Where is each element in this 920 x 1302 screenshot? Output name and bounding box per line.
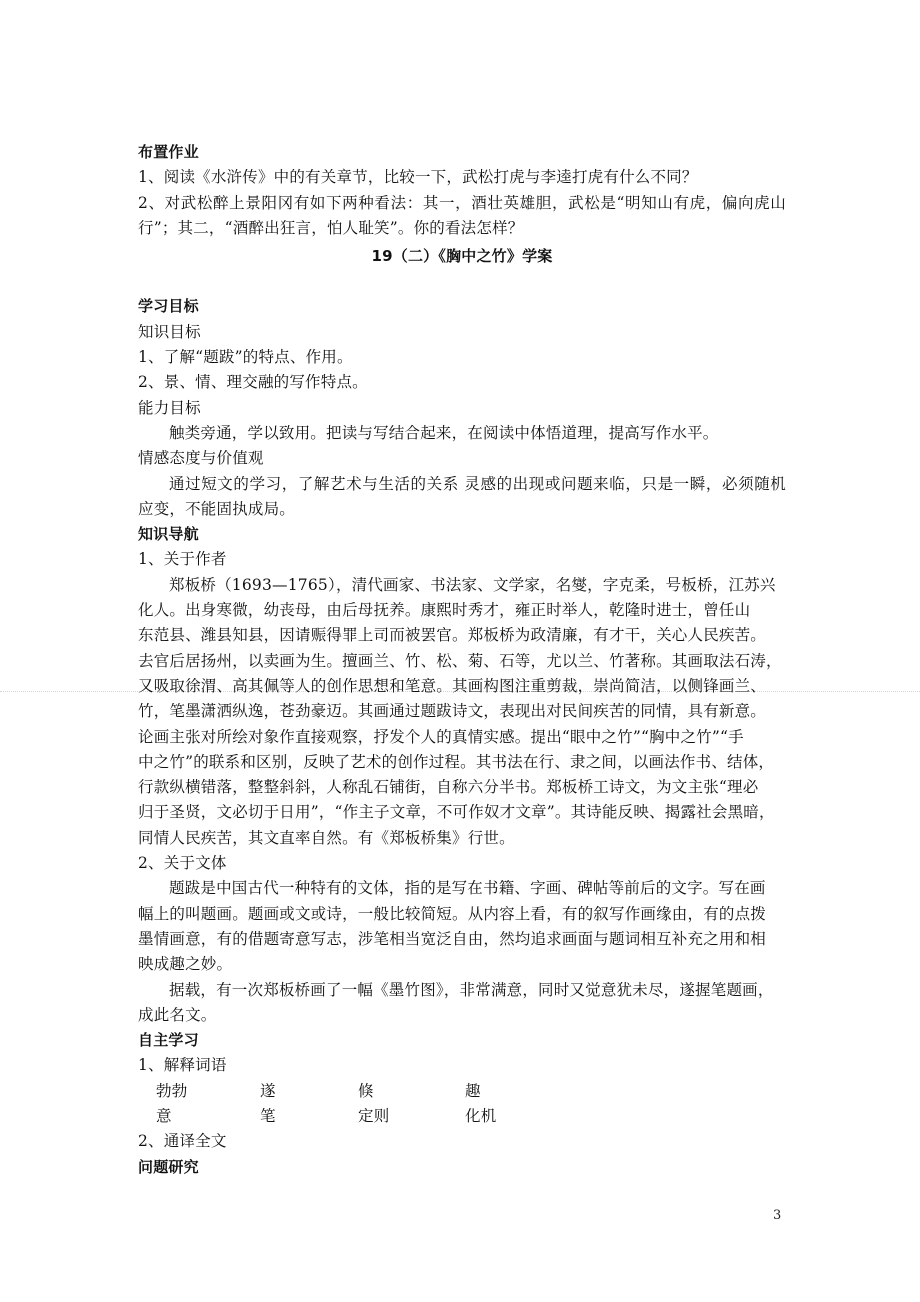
author-line: 东范县、潍县知县，因请赈得罪上司而被罢官。郑板桥为政清廉，有才干，关心人民疾苦。 — [138, 623, 786, 648]
story-line: 据载，有一次郑板桥画了一幅《墨竹图》，非常满意，同时又觉意犹未尽，遂握笔题画， — [138, 978, 786, 1003]
document-title: 19（二）《胸中之竹》学案 — [138, 244, 786, 269]
author-line: 行款纵横错落，整整斜斜，人称乱石铺街，自称六分半书。郑板桥工诗文，为文主张“理必 — [138, 775, 786, 800]
author-line: 归于圣贤，文必切于日用”，“作主子文章，不可作奴才文章”。其诗能反映、揭露社会黑… — [138, 800, 786, 825]
author-section-label: 1、关于作者 — [138, 547, 786, 572]
ability-goals-text: 触类旁通，学以致用。把读与写结合起来，在阅读中体悟道理，提高写作水平。 — [138, 421, 786, 446]
document-page: 布置作业 1、阅读《水浒传》中的有关章节，比较一下，武松打虎与李逵打虎有什么不同… — [138, 140, 786, 1180]
author-line: 论画主张对所绘对象作直接观察，抒发个人的真情实感。提出“眼中之竹”“胸中之竹”“… — [138, 725, 786, 750]
attitude-goals-label: 情感态度与价值观 — [138, 446, 786, 471]
vocab-word: 勃勃 — [156, 1079, 187, 1104]
genre-paragraph: 题跋是中国古代一种特有的文体，指的是写在书籍、字画、碑帖等前后的文字。写在画 幅… — [138, 876, 786, 977]
story-line: 成此名文。 — [138, 1003, 786, 1028]
vocab-word: 倏 — [358, 1079, 374, 1104]
navigation-heading: 知识导航 — [138, 522, 786, 547]
author-paragraph: 郑板桥（1693—1765），清代画家、书法家、文学家，名燮，字克柔，号板桥，江… — [138, 573, 786, 851]
author-line: 同情人民疾苦，其文直率自然。有《郑板桥集》行世。 — [138, 826, 786, 851]
author-line: 郑板桥（1693—1765），清代画家、书法家、文学家，名燮，字克柔，号板桥，江… — [138, 573, 786, 598]
vocab-row: 意 笔 定则 化机 — [138, 1104, 786, 1129]
vocab-word: 化机 — [465, 1104, 496, 1129]
genre-line: 墨情画意，有的借题寄意写志，涉笔相当宽泛自由，然均追求画面与题词相互补充之用和相 — [138, 927, 786, 952]
knowledge-goals-label: 知识目标 — [138, 320, 786, 345]
attitude-goals-text: 通过短文的学习，了解艺术与生活的关系 灵感的出现或问题来临，只是一瞬，必须随机应… — [138, 472, 786, 523]
research-heading: 问题研究 — [138, 1155, 786, 1180]
knowledge-goal-1: 1、了解“题跋”的特点、作用。 — [138, 345, 786, 370]
vocab-word: 趣 — [465, 1079, 481, 1104]
homework-item-1: 1、阅读《水浒传》中的有关章节，比较一下，武松打虎与李逵打虎有什么不同？ — [138, 165, 786, 190]
genre-line: 题跋是中国古代一种特有的文体，指的是写在书籍、字画、碑帖等前后的文字。写在画 — [138, 876, 786, 901]
page-number: 3 — [773, 1208, 781, 1223]
vocab-word: 定则 — [358, 1104, 389, 1129]
author-line: 中之竹”的联系和区别，反映了艺术的创作过程。其书法在行、隶之间，以画法作书、结体… — [138, 750, 786, 775]
vocab-word: 意 — [156, 1104, 172, 1129]
author-line: 竹，笔墨潇洒纵逸，苍劲豪迈。其画通过题跋诗文，表现出对民间疾苦的同情，具有新意。 — [138, 699, 786, 724]
author-line: 化人。出身寒微，幼丧母，由后母抚养。康熙时秀才，雍正时举人，乾隆时进士，曾任山 — [138, 598, 786, 623]
genre-line: 幅上的叫题画。题画或文或诗，一般比较简短。从内容上看，有的叙写作画缘由，有的点拨 — [138, 902, 786, 927]
goals-heading: 学习目标 — [138, 294, 786, 319]
vocab-word: 笔 — [260, 1104, 276, 1129]
vocab-row: 勃勃 遂 倏 趣 — [138, 1079, 786, 1104]
vocab-word: 遂 — [260, 1079, 276, 1104]
genre-section-label: 2、关于文体 — [138, 851, 786, 876]
homework-item-2: 2、对武松醉上景阳冈有如下两种看法：其一，酒壮英雄胆，武松是“明知山有虎，偏向虎… — [138, 191, 786, 242]
self-study-heading: 自主学习 — [138, 1028, 786, 1053]
vocab-label: 1、解释词语 — [138, 1053, 786, 1078]
ability-goals-label: 能力目标 — [138, 396, 786, 421]
genre-line: 映成趣之妙。 — [138, 952, 786, 977]
homework-heading: 布置作业 — [138, 140, 786, 165]
knowledge-goal-2: 2、景、情、理交融的写作特点。 — [138, 370, 786, 395]
translate-label: 2、通译全文 — [138, 1129, 786, 1154]
author-line: 去官后居扬州，以卖画为生。擅画兰、竹、松、菊、石等，尤以兰、竹著称。其画取法石涛… — [138, 649, 786, 674]
story-paragraph: 据载，有一次郑板桥画了一幅《墨竹图》，非常满意，同时又觉意犹未尽，遂握笔题画， … — [138, 978, 786, 1029]
author-line: 又吸取徐渭、高其佩等人的创作思想和笔意。其画构图注重剪裁，崇尚简洁，以侧锋画兰、 — [138, 674, 786, 699]
